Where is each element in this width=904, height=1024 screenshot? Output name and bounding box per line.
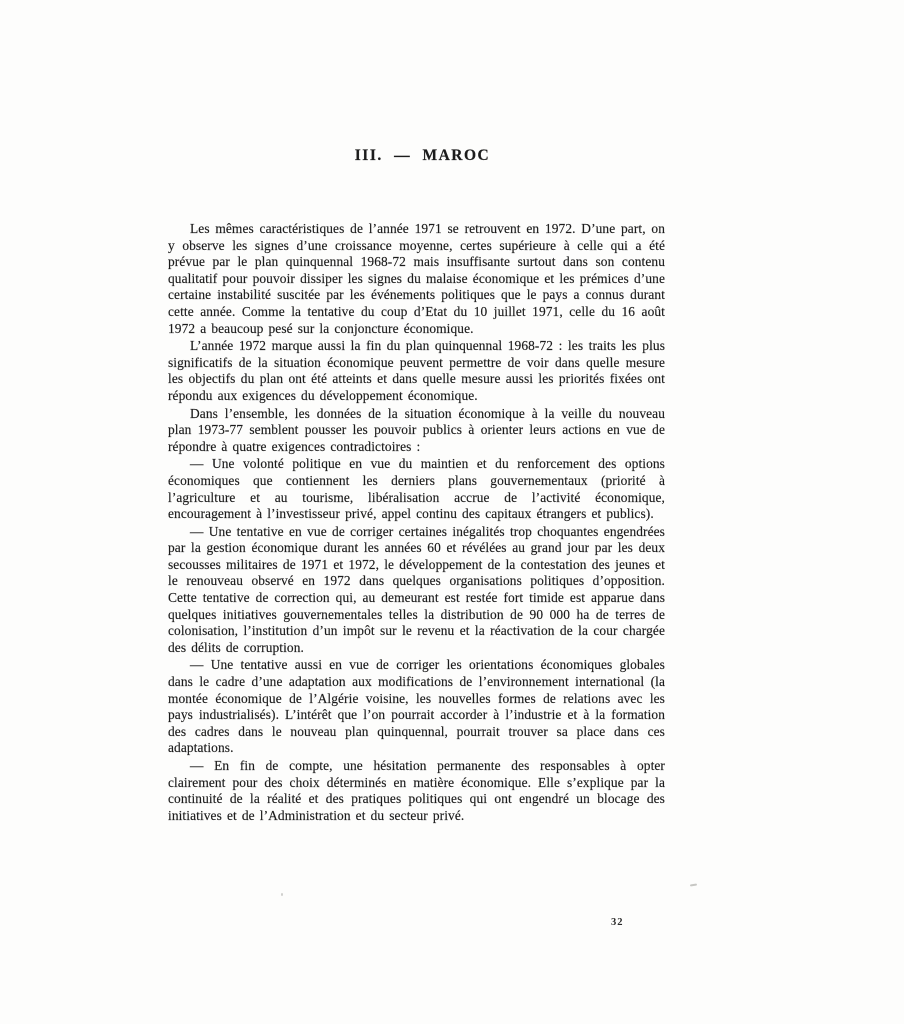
page-title: III. — MAROC [168,147,665,165]
page-number: 32 [611,917,624,928]
paragraph-5: — Une tentative en vue de corriger certa… [168,524,665,657]
paragraph-1: Les mêmes caractéristiques de l’année 19… [168,221,665,337]
scan-speck [690,884,697,887]
scan-speck [281,893,283,896]
paragraph-3: Dans l’ensemble, les données de la situa… [168,406,665,456]
paragraph-6: — Une tentative aussi en vue de corriger… [168,657,665,757]
text-block: III. — MAROC Les mêmes caractéristiques … [168,147,665,825]
document-page: III. — MAROC Les mêmes caractéristiques … [0,0,904,1024]
paragraph-2: L’année 1972 marque aussi la fin du plan… [168,338,665,404]
paragraph-7: — En fin de compte, une hésitation perma… [168,758,665,824]
paragraph-4: — Une volonté politique en vue du mainti… [168,456,665,522]
